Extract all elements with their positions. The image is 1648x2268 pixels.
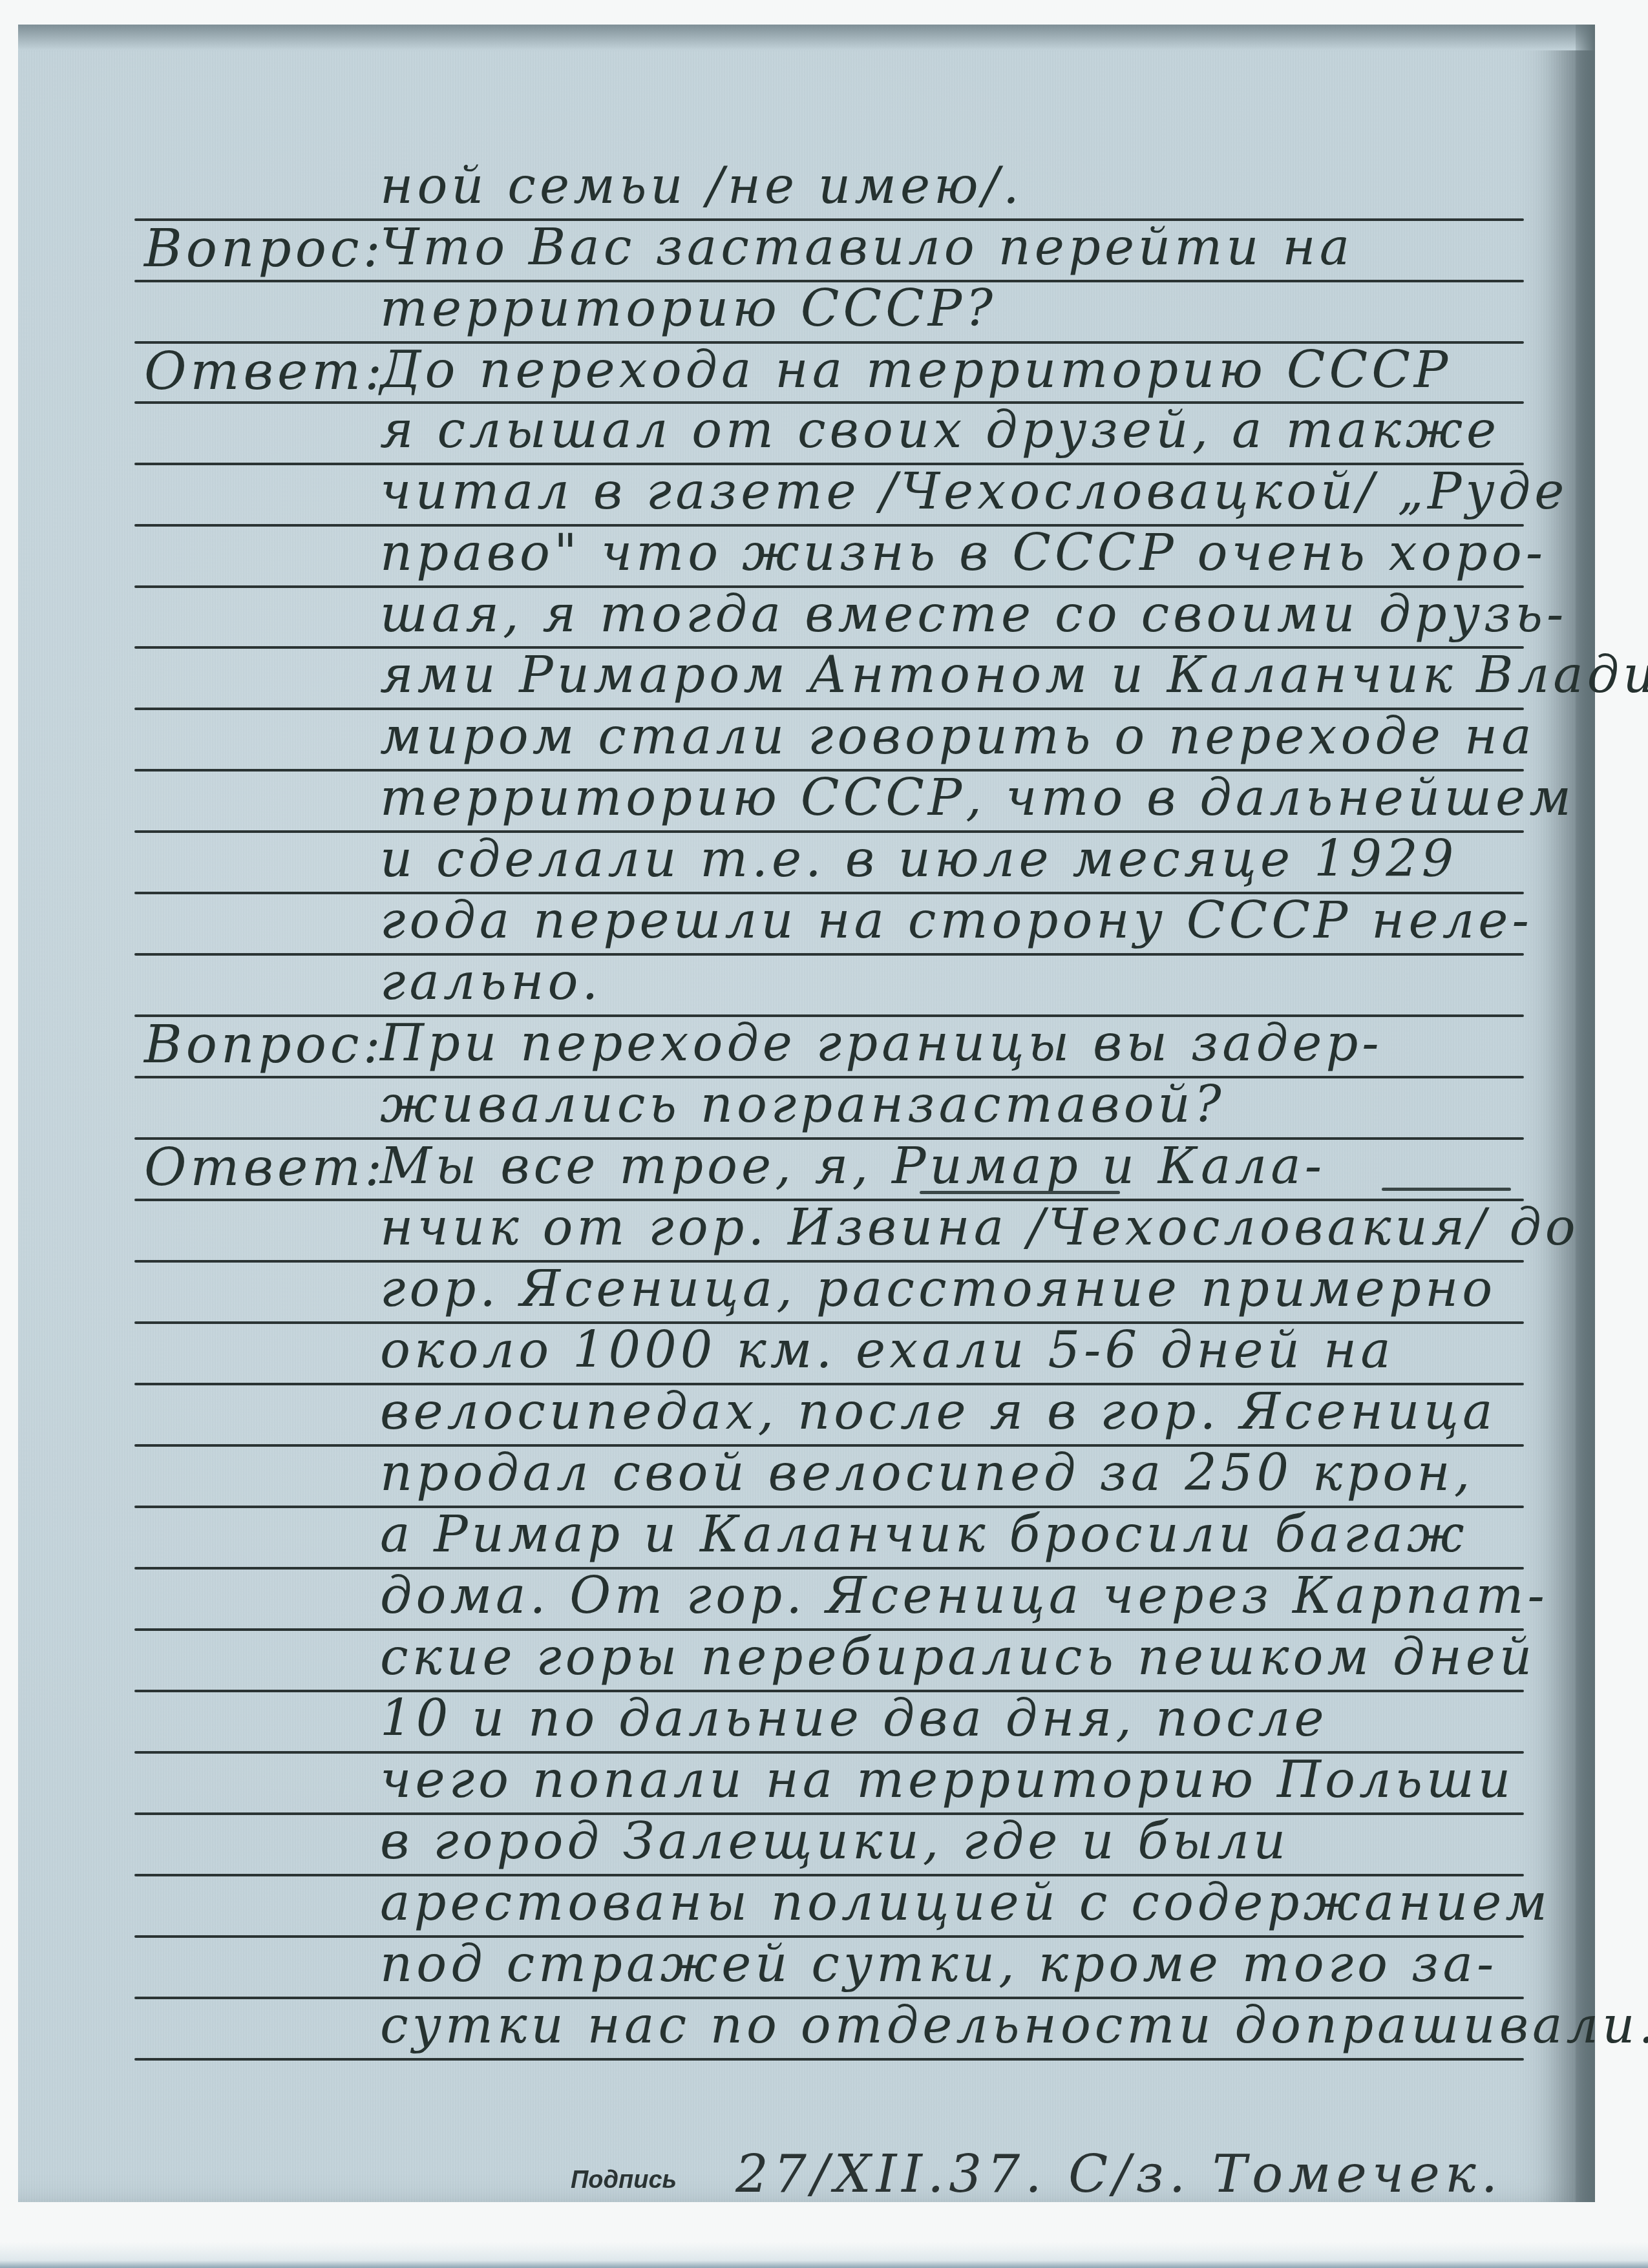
- line-text: чего попали на территорию Польши: [380, 1751, 1514, 1809]
- underline-mark: [1382, 1188, 1511, 1191]
- line-text: шая, я тогда вместе со своими друзь-: [380, 585, 1567, 644]
- line-text: велосипедах, после я в гор. Ясеница: [380, 1383, 1496, 1441]
- line-text: До перехода на территорию СССР: [380, 341, 1452, 399]
- signature-footer: Подпись 27/XII.37. С/з. Томечек.: [18, 2137, 1595, 2202]
- line-text: территорию СССР, что в дальнейшем: [380, 769, 1575, 827]
- line-text: в город Залещики, где и были: [380, 1812, 1289, 1871]
- question-label: Вопрос:: [144, 218, 385, 278]
- line-text: арестованы полицией с содержанием: [380, 1874, 1551, 1932]
- line-text: ной семьи /не имею/.: [380, 157, 1023, 215]
- line-text: миром стали говорить о переходе на: [380, 708, 1536, 766]
- question-label: Вопрос:: [144, 1014, 385, 1075]
- underline-mark: [920, 1191, 1120, 1194]
- line-text: нчик от гор. Извина /Чехословакия/ до: [380, 1199, 1579, 1257]
- text-line: сутки нас по отдельности допрашивали.: [18, 1997, 1505, 2074]
- line-text: территорию СССР?: [380, 280, 997, 338]
- line-text: около 1000 км. ехали 5-6 дней на: [380, 1321, 1395, 1380]
- signature-value: 27/XII.37. С/з. Томечек.: [735, 2144, 1503, 2204]
- answer-label: Ответ:: [144, 1137, 386, 1197]
- line-text: гально.: [380, 953, 602, 1011]
- line-text: Мы все трое, я, Римар и Кала-: [380, 1137, 1326, 1195]
- line-text: и сделали т.е. в июле месяце 1929: [380, 830, 1457, 888]
- line-text: читал в газете /Чехословацкой/ „Руде: [380, 463, 1568, 521]
- line-text: я слышал от своих друзей, а также: [380, 401, 1500, 459]
- document-sheet: ной семьи /не имею/. Вопрос: Что Вас зас…: [18, 25, 1595, 2202]
- line-text: продал свой велосипед за 250 крон,: [380, 1444, 1474, 1502]
- line-text: ские горы перебирались пешком дней: [380, 1628, 1536, 1686]
- line-text: 10 и по дальние два дня, после: [380, 1690, 1328, 1748]
- line-text: а Римар и Каланчик бросили багаж: [380, 1506, 1468, 1564]
- line-text: гор. Ясеница, расстояние примерно: [380, 1260, 1496, 1318]
- paper-top-fold: [18, 25, 1595, 50]
- line-text: При переходе границы вы задер-: [380, 1014, 1383, 1073]
- line-text: дома. От гор. Ясеница через Карпат-: [380, 1567, 1548, 1625]
- line-text: Что Вас заставило перейти на: [380, 218, 1353, 277]
- line-text: ями Римаром Антоном и Каланчик Влади-: [380, 646, 1648, 704]
- line-text: живались погранзаставой?: [380, 1076, 1225, 1134]
- line-text: под стражей сутки, кроме того за-: [380, 1935, 1497, 1993]
- paper-right-shadow: [1576, 25, 1595, 2202]
- line-text: года перешли на сторону СССР неле-: [380, 892, 1533, 950]
- signature-label: Подпись: [571, 2167, 677, 2194]
- answer-label: Ответ:: [144, 341, 386, 401]
- line-text: сутки нас по отдельности допрашивали.: [380, 1997, 1648, 2055]
- scan-bottom-edge: [0, 2242, 1648, 2268]
- line-text: право" что жизнь в СССР очень хоро-: [380, 524, 1547, 582]
